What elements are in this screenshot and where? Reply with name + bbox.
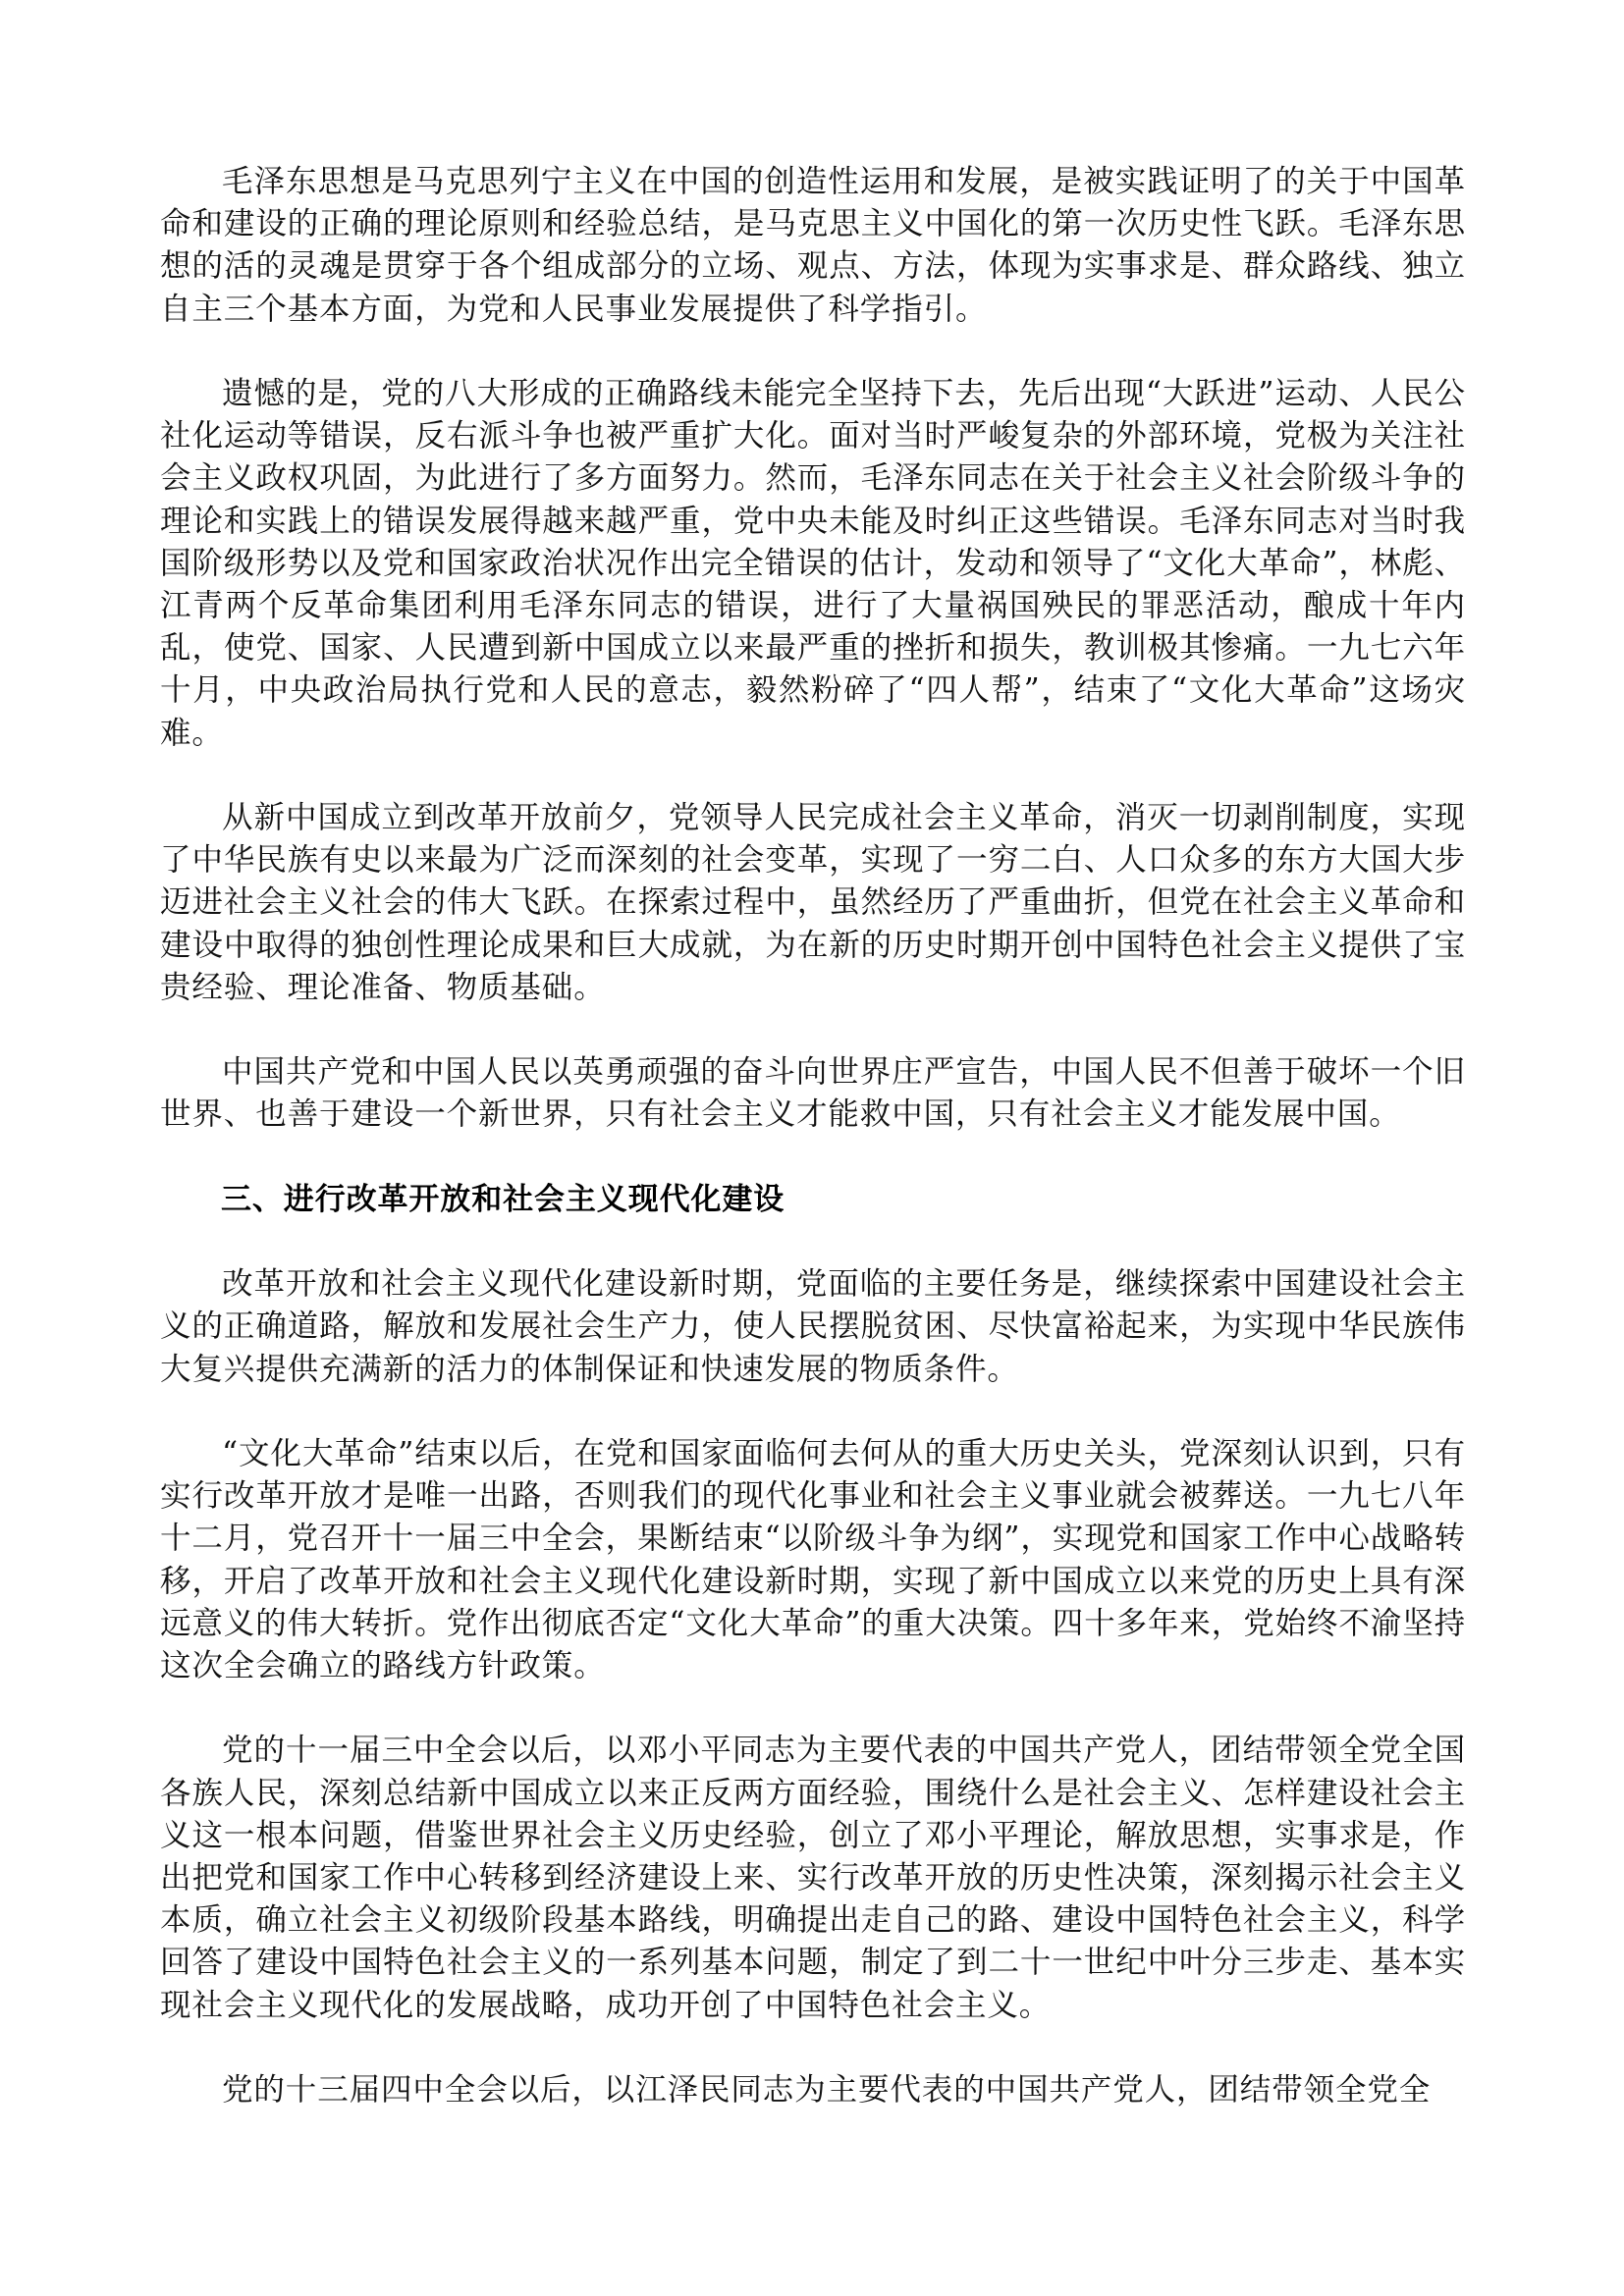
paragraph-third-plenum: “文化大革命”结束以后，在党和国家面临何去何从的重大历史关头，党深刻认识到，只有…: [160, 1433, 1466, 1687]
paragraph-founding-to-reform: 从新中国成立到改革开放前夕，党领导人民完成社会主义革命，消灭一切剥削制度，实现了…: [160, 797, 1466, 1009]
paragraph-mao-zedong-thought: 毛泽东思想是马克思列宁主义在中国的创造性运用和发展，是被实践证明了的关于中国革命…: [160, 161, 1466, 331]
paragraph-reform-tasks: 改革开放和社会主义现代化建设新时期，党面临的主要任务是，继续探索中国建设社会主义…: [160, 1263, 1466, 1391]
paragraph-jiang-zemin: 党的十三届四中全会以后，以江泽民同志为主要代表的中国共产党人，团结带领全党全: [160, 2069, 1466, 2111]
section-heading: 三、进行改革开放和社会主义现代化建设: [160, 1179, 1466, 1221]
paragraph-deng-xiaoping-theory: 党的十一届三中全会以后，以邓小平同志为主要代表的中国共产党人，团结带领全党全国各…: [160, 1730, 1466, 2026]
paragraph-cultural-revolution: 遗憾的是，党的八大形成的正确路线未能完全坚持下去，先后出现“大跃进”运动、人民公…: [160, 373, 1466, 755]
document-page: 毛泽东思想是马克思列宁主义在中国的创造性运用和发展，是被实践证明了的关于中国革命…: [160, 161, 1466, 2154]
paragraph-declaration: 中国共产党和中国人民以英勇顽强的奋斗向世界庄严宣告，中国人民不但善于破坏一个旧世…: [160, 1051, 1466, 1136]
